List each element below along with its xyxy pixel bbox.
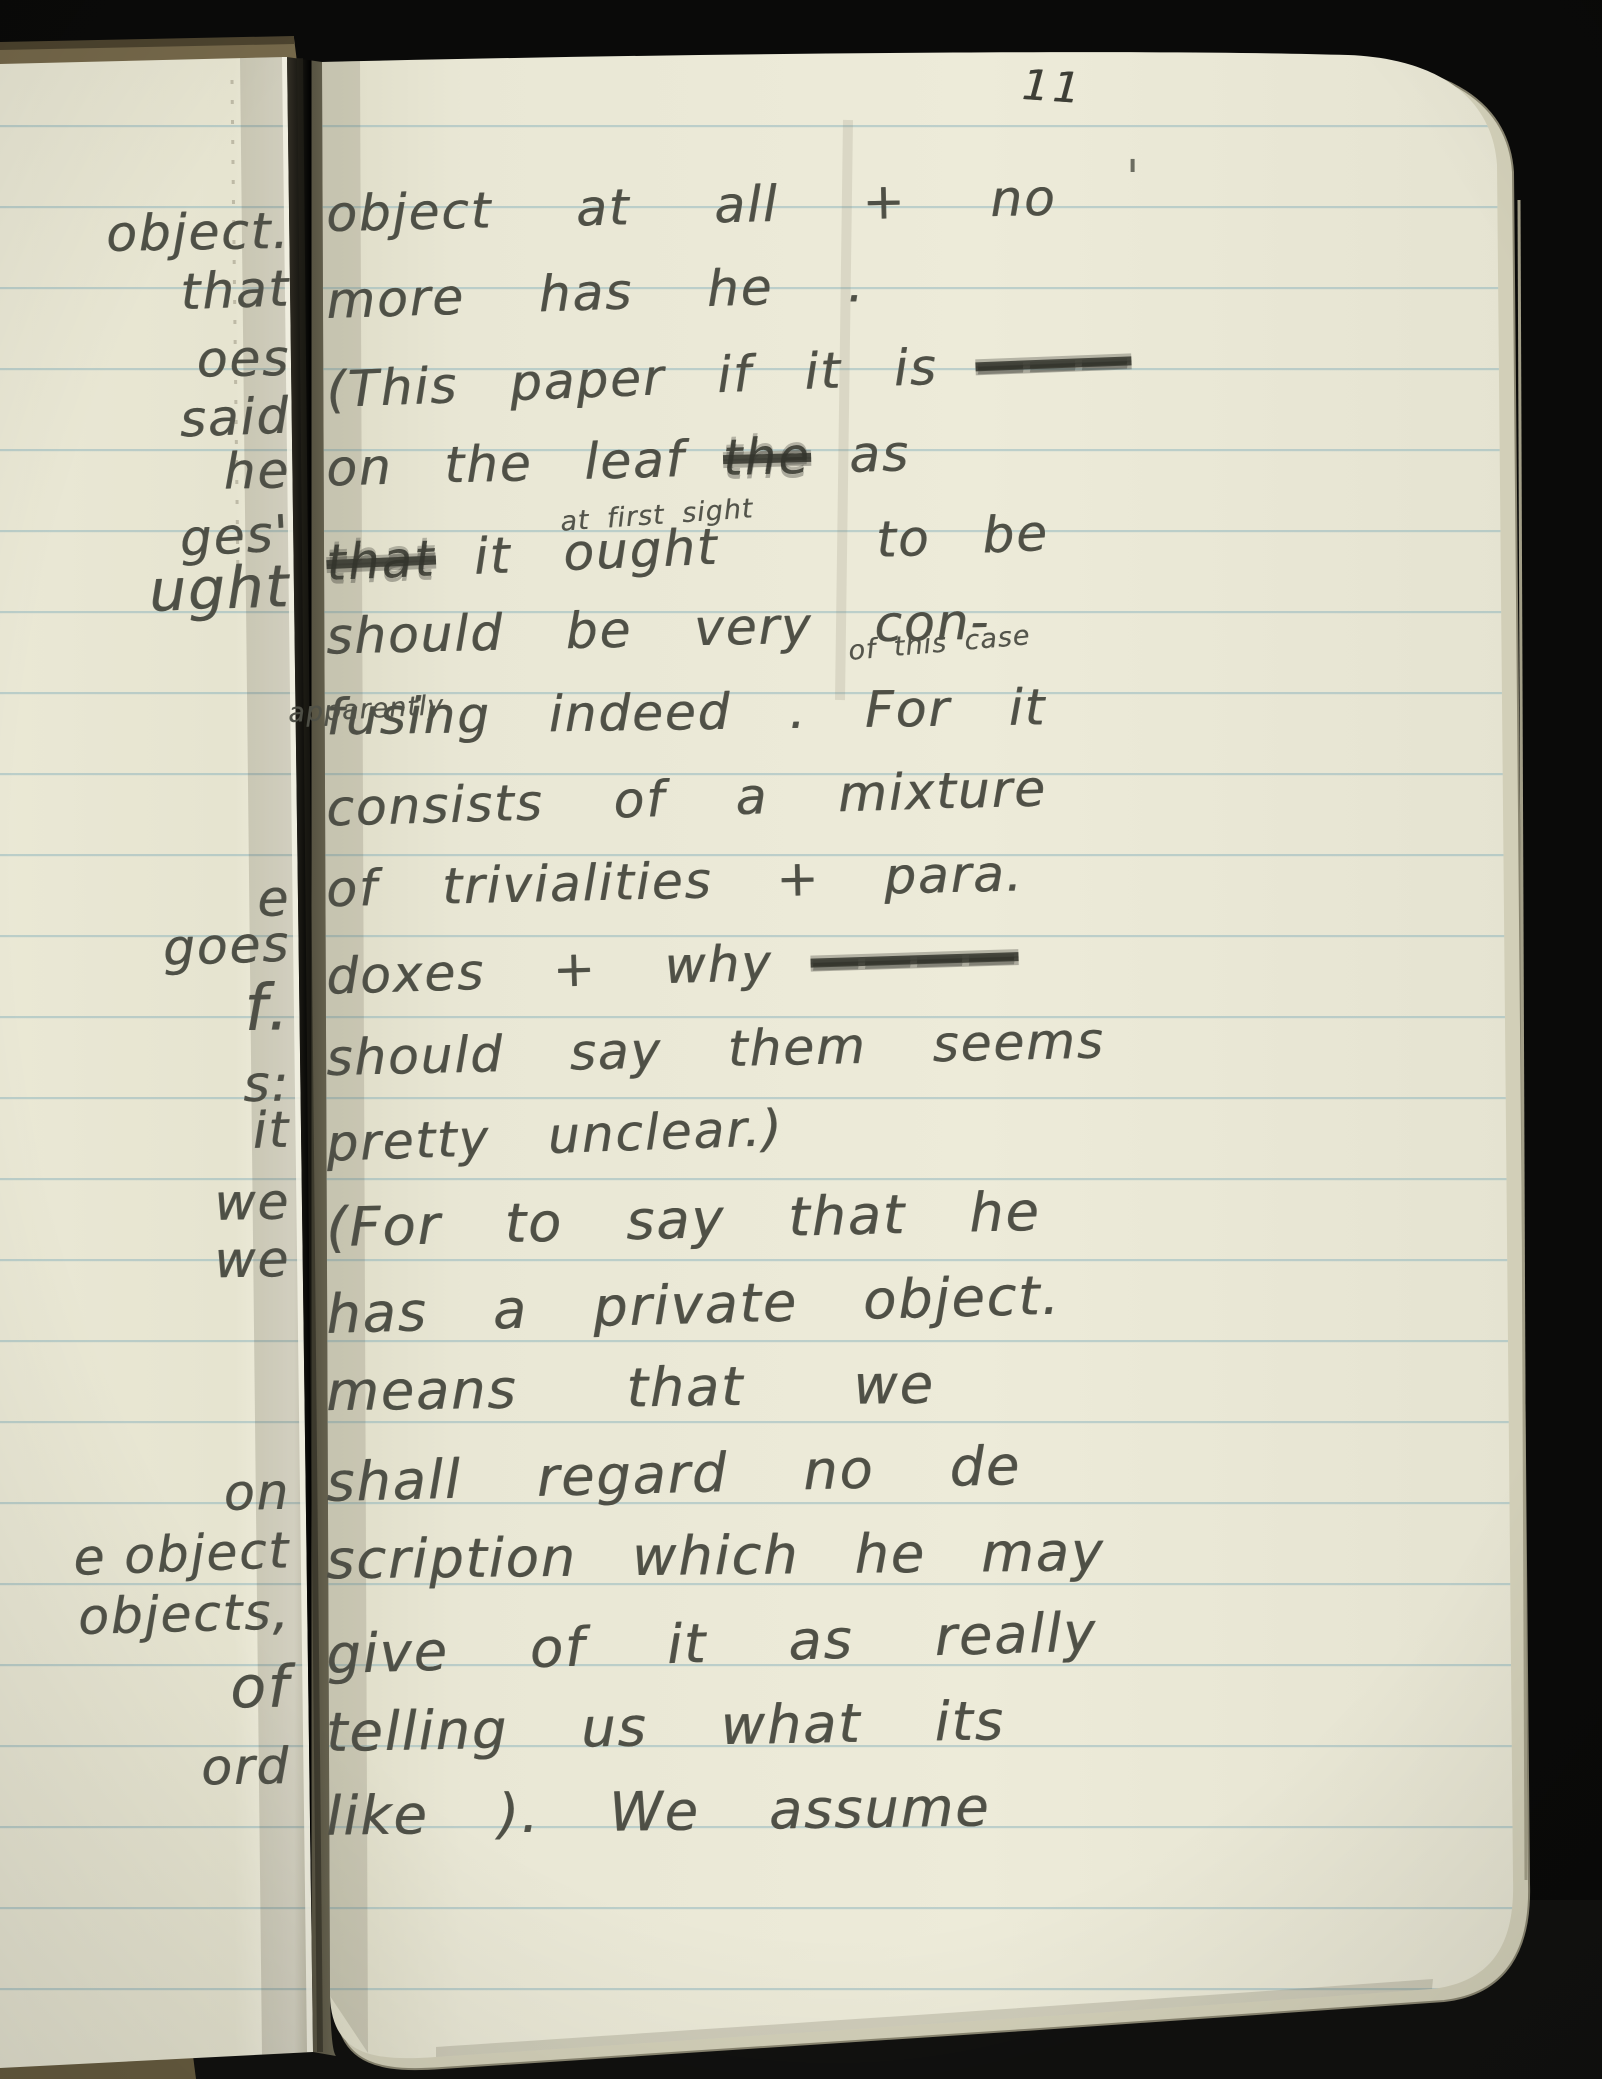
handwriting-fragment: ord <box>0 1720 351 1816</box>
handwriting-layer: 11 ' object at all + no more has he . (T… <box>0 0 1602 2079</box>
struck-word: the <box>722 411 812 503</box>
line-text: like ). We assume <box>325 1762 990 1861</box>
line-text: as <box>848 408 911 500</box>
handwriting-fragment: we <box>0 1213 355 1309</box>
page-number: 11 <box>1020 60 1085 113</box>
notebook-photo: 11 ' object at all + no more has he . (T… <box>0 0 1602 2079</box>
handwriting-fragment: ught <box>0 539 355 641</box>
line-text: means that we <box>325 1340 935 1437</box>
line-text: to be <box>874 488 1050 585</box>
handwriting-line-20: like ). We assume <box>325 1760 1146 1861</box>
struck-word: ——— <box>974 314 1133 410</box>
struck-word: ———— <box>809 910 1020 1006</box>
